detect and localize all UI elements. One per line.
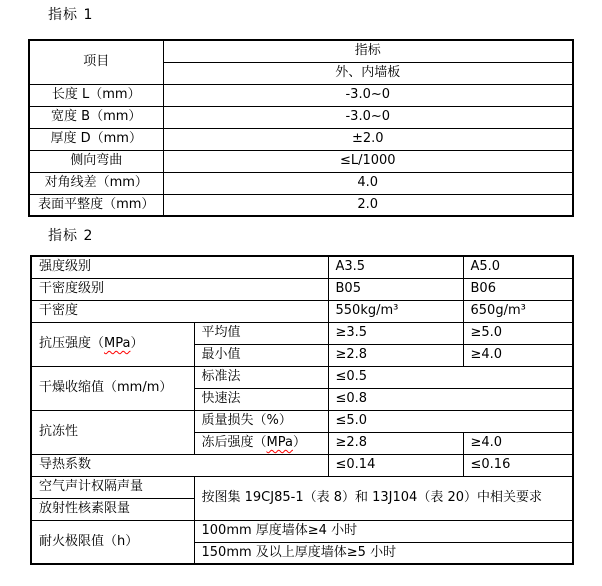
spec-table-1: 项目 指标 外、内墙板 长度 L（mm） -3.0~0 宽度 B（mm） -3.… bbox=[28, 39, 574, 217]
spellcheck-wavy-mpa: MPa bbox=[104, 336, 130, 351]
row-label-thickness: 厚度 D（mm） bbox=[29, 128, 163, 150]
frost-mass-loss-value: ≤5.0 bbox=[328, 410, 573, 432]
thermal-a: ≤0.14 bbox=[328, 454, 463, 476]
row-label-thermal-conductivity: 导热系数 bbox=[31, 454, 328, 476]
table-row: 导热系数 ≤0.14 ≤0.16 bbox=[31, 454, 573, 476]
row-value-width: -3.0~0 bbox=[163, 106, 573, 128]
row-value-flatness: 2.0 bbox=[163, 194, 573, 216]
dry-density-b: 650g/m³ bbox=[463, 300, 573, 322]
row-value-lateral-bend: ≤L/1000 bbox=[163, 150, 573, 172]
row-label-strength-grade: 强度级别 bbox=[31, 256, 328, 278]
post-freeze-a: ≥2.8 bbox=[328, 432, 463, 454]
table-row: 宽度 B（mm） -3.0~0 bbox=[29, 106, 573, 128]
header-cell-item: 项目 bbox=[29, 40, 163, 84]
table-row: 项目 指标 bbox=[29, 40, 573, 62]
fire-150mm-value: 150mm 及以上厚度墙体≥5 小时 bbox=[194, 542, 573, 564]
table-row: 侧向弯曲 ≤L/1000 bbox=[29, 150, 573, 172]
table-row: 长度 L（mm） -3.0~0 bbox=[29, 84, 573, 106]
sub-label-mass-loss: 质量损失（%） bbox=[194, 410, 328, 432]
table-row: 抗冻性 质量损失（%） ≤5.0 bbox=[31, 410, 573, 432]
row-label-fire-resistance: 耐火极限值（h） bbox=[31, 520, 194, 564]
sub-label-standard-method: 标准法 bbox=[194, 366, 328, 388]
table-row: 空气声计权隔声量 按图集 19CJ85-1（表 8）和 13J104（表 20）… bbox=[31, 476, 573, 498]
row-label-flatness: 表面平整度（mm） bbox=[29, 194, 163, 216]
table-row: 抗压强度（MPa） 平均值 ≥3.5 ≥5.0 bbox=[31, 322, 573, 344]
spec-table-2: 强度级别 A3.5 A5.0 干密度级别 B05 B06 干密度 550kg/m… bbox=[30, 255, 574, 565]
sub-label-average: 平均值 bbox=[194, 322, 328, 344]
reference-note-cell: 按图集 19CJ85-1（表 8）和 13J104（表 20）中相关要求 bbox=[194, 476, 573, 520]
spellcheck-wavy-mpa: MPa bbox=[267, 435, 293, 450]
table-row: 干密度 550kg/m³ 650g/m³ bbox=[31, 300, 573, 322]
table-row: 对角线差（mm） 4.0 bbox=[29, 172, 573, 194]
row-label-width: 宽度 B（mm） bbox=[29, 106, 163, 128]
compressive-avg-b: ≥5.0 bbox=[463, 322, 573, 344]
table-row: 厚度 D（mm） ±2.0 bbox=[29, 128, 573, 150]
strength-grade-b: A5.0 bbox=[463, 256, 573, 278]
row-label-sound-insulation: 空气声计权隔声量 bbox=[31, 476, 194, 498]
section2-title: 指标 2 bbox=[48, 228, 602, 245]
sub-label-fast-method: 快速法 bbox=[194, 388, 328, 410]
table-row: 表面平整度（mm） 2.0 bbox=[29, 194, 573, 216]
compressive-avg-a: ≥3.5 bbox=[328, 322, 463, 344]
row-label-frost-resistance: 抗冻性 bbox=[31, 410, 194, 454]
table-row: 耐火极限值（h） 100mm 厚度墙体≥4 小时 bbox=[31, 520, 573, 542]
header-cell-wall-type: 外、内墙板 bbox=[163, 62, 573, 84]
row-label-diagonal: 对角线差（mm） bbox=[29, 172, 163, 194]
shrinkage-standard-value: ≤0.5 bbox=[328, 366, 573, 388]
row-label-compressive-strength: 抗压强度（MPa） bbox=[31, 322, 194, 366]
compressive-label-post: ） bbox=[130, 336, 143, 351]
row-value-diagonal: 4.0 bbox=[163, 172, 573, 194]
row-label-radionuclide-limit: 放射性核素限量 bbox=[31, 498, 194, 520]
document-page: { "colors": { "text": "#000000", "backgr… bbox=[0, 0, 602, 586]
compressive-label-pre: 抗压强度（ bbox=[39, 336, 104, 351]
dry-density-a: 550kg/m³ bbox=[328, 300, 463, 322]
post-freeze-label-pre: 冻后强度（ bbox=[202, 435, 267, 450]
post-freeze-b: ≥4.0 bbox=[463, 432, 573, 454]
row-value-thickness: ±2.0 bbox=[163, 128, 573, 150]
sub-label-minimum: 最小值 bbox=[194, 344, 328, 366]
table-row: 干密度级别 B05 B06 bbox=[31, 278, 573, 300]
row-label-shrinkage: 干燥收缩值（mm/m） bbox=[31, 366, 194, 410]
fire-100mm-value: 100mm 厚度墙体≥4 小时 bbox=[194, 520, 573, 542]
strength-grade-a: A3.5 bbox=[328, 256, 463, 278]
density-grade-a: B05 bbox=[328, 278, 463, 300]
shrinkage-fast-value: ≤0.8 bbox=[328, 388, 573, 410]
header-cell-index: 指标 bbox=[163, 40, 573, 62]
post-freeze-label-post: ） bbox=[293, 435, 306, 450]
sub-label-post-freeze-strength: 冻后强度（MPa） bbox=[194, 432, 328, 454]
density-grade-b: B06 bbox=[463, 278, 573, 300]
table-row: 干燥收缩值（mm/m） 标准法 ≤0.5 bbox=[31, 366, 573, 388]
thermal-b: ≤0.16 bbox=[463, 454, 573, 476]
row-label-dry-density: 干密度 bbox=[31, 300, 328, 322]
table-row: 强度级别 A3.5 A5.0 bbox=[31, 256, 573, 278]
row-label-density-grade: 干密度级别 bbox=[31, 278, 328, 300]
section1-title: 指标 1 bbox=[48, 0, 602, 24]
compressive-min-a: ≥2.8 bbox=[328, 344, 463, 366]
row-value-length: -3.0~0 bbox=[163, 84, 573, 106]
row-label-lateral-bend: 侧向弯曲 bbox=[29, 150, 163, 172]
row-label-length: 长度 L（mm） bbox=[29, 84, 163, 106]
compressive-min-b: ≥4.0 bbox=[463, 344, 573, 366]
